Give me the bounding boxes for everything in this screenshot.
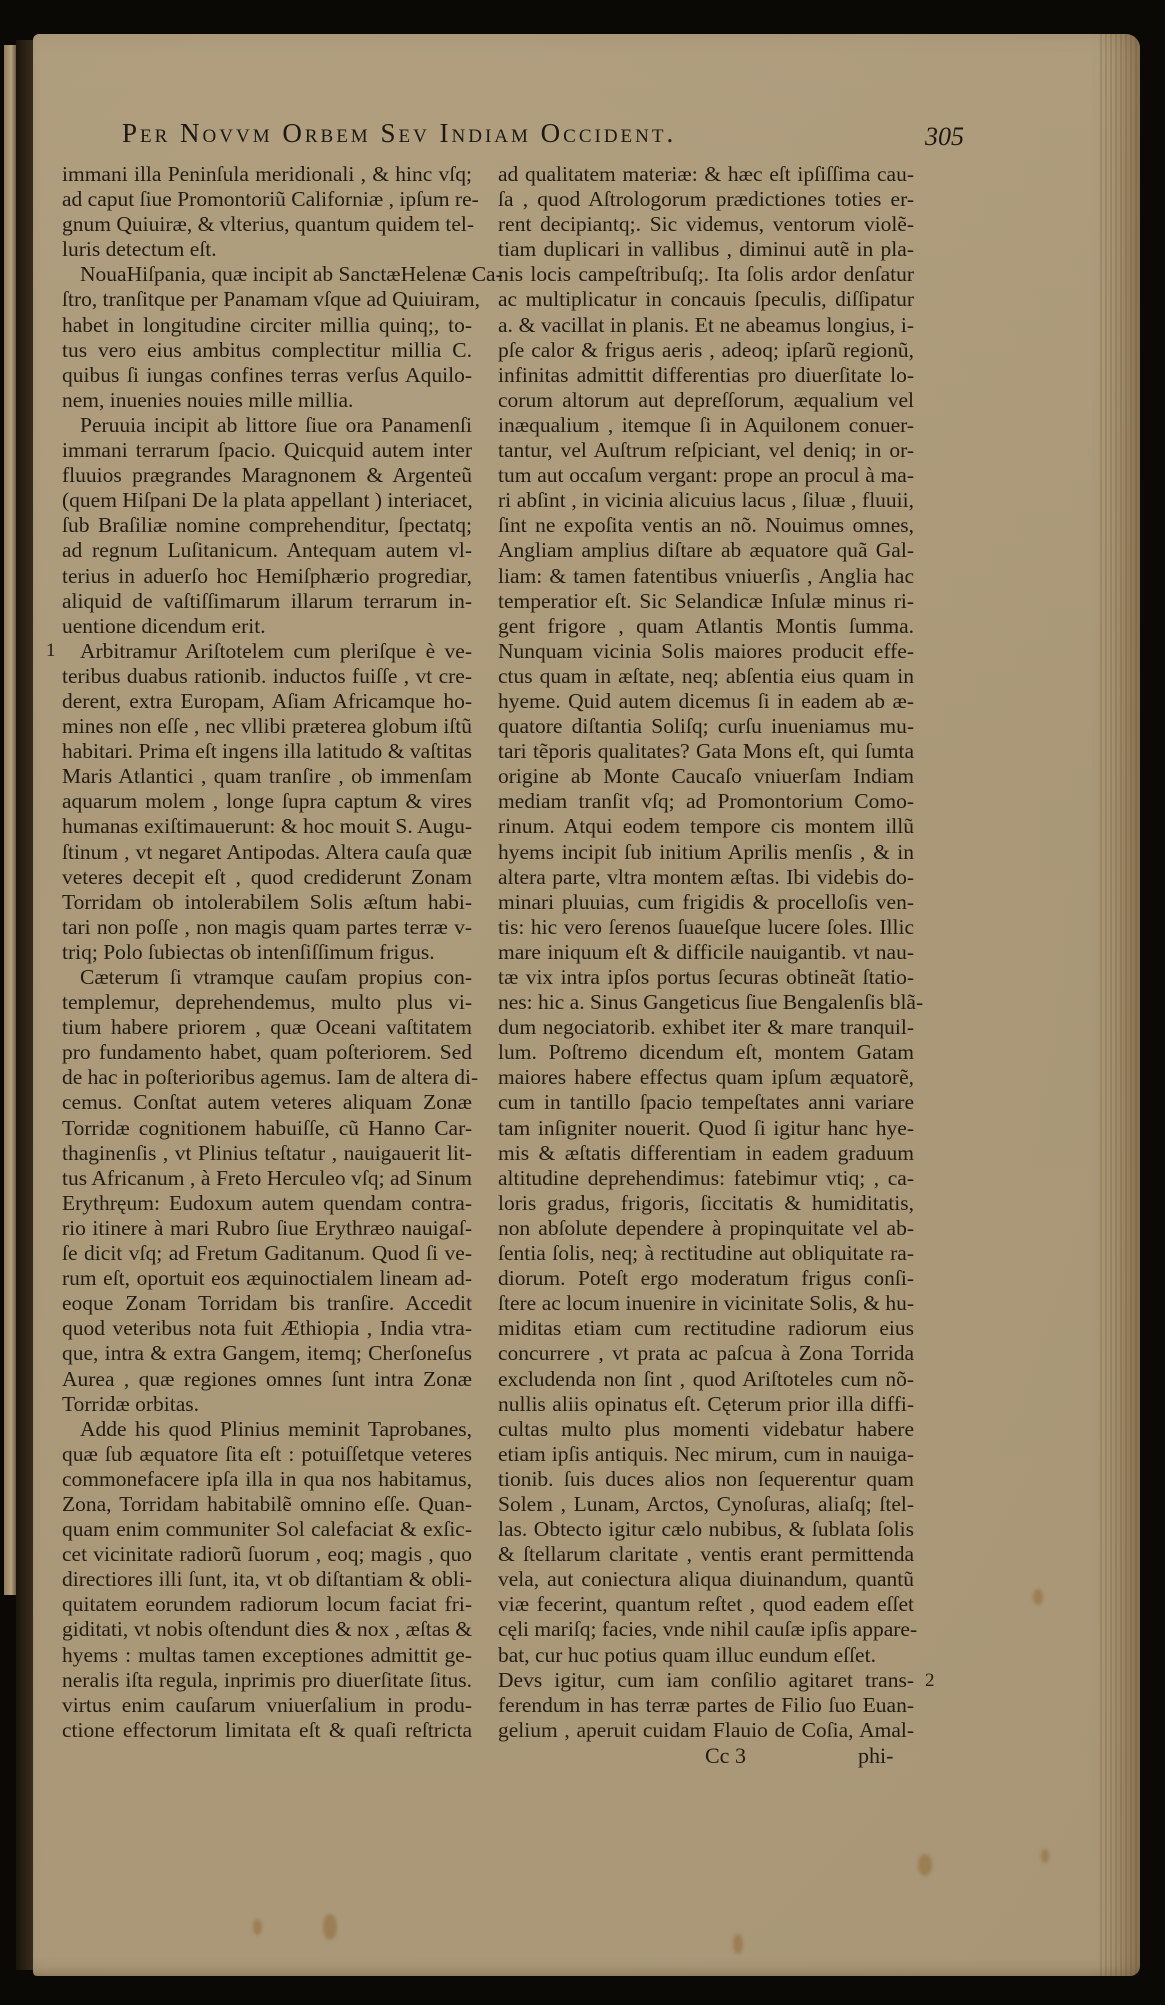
text-line: ad regnum Luſitanicum. Antequam autem vl… [62, 538, 472, 563]
text-line: ſe dicit vſq; ad Fretum Gaditanum. Quod … [62, 1241, 472, 1266]
text-line: minari pluuias, cum frigidis & procelloſ… [498, 890, 914, 915]
text-line: gnum Quiuiræ, & vlterius, quantum quidem… [62, 212, 472, 237]
text-line: gelium , aperuit cuidam Flauio de Coſia,… [498, 1718, 914, 1743]
text-line: Devs igitur, cum iam conſilio agitaret t… [498, 1668, 914, 1693]
text-line: tis: hic vero ſerenos ſuaueſque lucere ſ… [498, 915, 914, 940]
text-line: cet vicinitate radiorũ ſuorum , eoq; mag… [62, 1542, 472, 1567]
text-line: tus vero eius ambitus complectitur milli… [62, 338, 472, 363]
text-line: commonefacere ipſa illa in qua nos habit… [62, 1467, 472, 1492]
text-line: habitari. Prima eſt ingens illa latitudo… [62, 739, 472, 764]
text-line: nis locis campeſtribuſq;. Ita ſolis ardo… [498, 262, 914, 287]
text-line: tiam duplicari in vallibus , diminui aut… [498, 237, 914, 262]
text-line: habet in longitudine circiter millia qui… [62, 313, 472, 338]
text-line: altitudine deprehendimus: fatebimur vtiq… [498, 1166, 914, 1191]
text-line: uentione dicendum erit. [62, 614, 472, 639]
text-line: humanas exiſtimauerunt: & hoc mouit S. A… [62, 814, 472, 839]
text-line: teribus duabus rationib. inductos fuiſſe… [62, 664, 472, 689]
text-line: tari tẽporis qualitates? Gata Mons eſt, … [498, 739, 914, 764]
text-line: ſub Braſiliæ nomine comprehenditur, ſpec… [62, 513, 472, 538]
text-line: corum altorum aut depreſſorum, æqualium … [498, 388, 914, 413]
text-line: tantur, vel Auſtrum reſpiciant, vel deni… [498, 438, 914, 463]
text-line: aquarum molem , longe ſupra captum & vir… [62, 789, 472, 814]
marginal-note-2: 2 [925, 1670, 935, 1692]
catchword: phi- [858, 1743, 893, 1769]
text-line: giditati, vt nobis oſtendunt dies & nox … [62, 1617, 472, 1642]
page-fore-edge [1100, 34, 1140, 1976]
text-line: mare iniquum eſt & difficile nauigantib.… [498, 940, 914, 965]
text-line: tam inſigniter nouerit. Quod ſi igitur h… [498, 1116, 914, 1141]
text-line: directiores illi ſunt, ita, vt ob diſtan… [62, 1567, 472, 1592]
running-head: Per Novvm Orbem Sev Indiam Occident. [122, 118, 922, 149]
text-line: ctione effectorum limitata eſt & quaſi r… [62, 1718, 472, 1743]
text-line: aliquid de vaſtiſſimarum illarum terraru… [62, 589, 472, 614]
text-line: tari non poſſe , non magis quam partes t… [62, 915, 472, 940]
foxing-stain [1041, 1849, 1049, 1863]
text-line: Arbitramur Ariſtotelem cum pleriſque è v… [62, 639, 472, 664]
text-line: Solem , Lunam, Arctos, Cynoſuras, aliaſq… [498, 1492, 914, 1517]
right-text-column: ad qualitatem materiæ: & hæc eſt ipſiſſi… [498, 162, 914, 1743]
text-line: nem, inuenies nouies mille millia. [62, 388, 472, 413]
text-line: terius in aduerſo hoc Hemiſphærio progre… [62, 564, 472, 589]
text-line: Erythręum: Eudoxum autem quendam contra- [62, 1191, 472, 1216]
text-line: ſtro, tranſitque per Panamam vſque ad Qu… [62, 287, 472, 312]
text-line: triq; Polo ſubiectas ob intenſiſſimum fr… [62, 940, 472, 965]
text-line: Nunquam vicinia Solis maiores producit e… [498, 639, 914, 664]
text-line: thaginenſis , vt Plinius teſtatur , naui… [62, 1141, 472, 1166]
text-line: excludenda non ſint , quod Ariſtoteles c… [498, 1367, 914, 1392]
page-number: 305 [925, 122, 964, 152]
text-line: ctus quam in æſtate, neq; abſentia eius … [498, 664, 914, 689]
text-line: mines non eſſe , nec vllibi præterea glo… [62, 714, 472, 739]
text-line: ri abſint , in vicinia alicuius lacus , … [498, 488, 914, 513]
text-line: ſtere ac locum inuenire in vicinitate So… [498, 1291, 914, 1316]
text-line: mediam tranſit vſq; ad Promontorium Como… [498, 789, 914, 814]
text-line: que, intra & extra Gangem, itemq; Cherſo… [62, 1341, 472, 1366]
text-line: loris gradus, frigoris, ſiccitatis & hum… [498, 1191, 914, 1216]
text-line: nes: hic a. Sinus Gangeticus ſiue Bengal… [498, 990, 914, 1015]
text-line: origine ab Monte Caucaſo vniuerſam India… [498, 764, 914, 789]
foxing-stain [918, 1854, 932, 1876]
text-line: mis & æſtatis differentiam in eadem grad… [498, 1141, 914, 1166]
text-line: NouaHiſpania, quæ incipit ab SanctæHelen… [62, 262, 472, 287]
text-line: maiores habere effectus quam ipſum æquat… [498, 1065, 914, 1090]
text-line: tium habere priorem , quæ Oceani vaſtita… [62, 1015, 472, 1040]
text-line: hyems incipit ſub initium Aprilis menſis… [498, 840, 914, 865]
text-line: eoque Zonam Torridam bis tranſire. Acced… [62, 1291, 472, 1316]
text-line: hyems : multas tamen exceptiones admitti… [62, 1643, 472, 1668]
text-line: cum in tantillo ſpacio tempeſtates anni … [498, 1090, 914, 1115]
text-line: a. & vacillat in planis. Et ne abeamus l… [498, 313, 914, 338]
text-line: viæ fecerint, quantum reſtet , quod eade… [498, 1592, 914, 1617]
text-line: fluuios prægrandes Maragnonem & Argenteũ [62, 463, 472, 488]
text-line: bat, cur huc potius quam illuc eundum eſ… [498, 1643, 914, 1668]
text-line: ferendum in has terræ partes de Filio ſu… [498, 1693, 914, 1718]
text-line: Torridæ cognitionem habuiſſe, cũ Hanno C… [62, 1116, 472, 1141]
foxing-stain [253, 1919, 262, 1935]
text-line: miditas etiam cum rectitudine radiorum e… [498, 1316, 914, 1341]
text-line: pro fundamento habet, quam poſteriorem. … [62, 1040, 472, 1065]
text-line: las. Obtecto igitur cælo nubibus, & ſubl… [498, 1517, 914, 1542]
text-line: cultas multo plus momenti videbatur habe… [498, 1417, 914, 1442]
text-line: ad caput ſiue Promontoriũ Californiæ , i… [62, 187, 472, 212]
text-line: tum aut occaſum vergant: prope an procul… [498, 463, 914, 488]
text-line: immani illa Peninſula meridionali , & hi… [62, 162, 472, 187]
text-line: rent decipiantq;. Sic videmus, ventorum … [498, 212, 914, 237]
text-line: virtus enim cauſarum vniuerſalium in pro… [62, 1693, 472, 1718]
text-line: Maris Atlantici , quam tranſire , ob imm… [62, 764, 472, 789]
text-line: nullis aliis opinatus eſt. Cęterum prior… [498, 1392, 914, 1417]
text-line: concurrere , vt prata ac paſcua à Zona T… [498, 1341, 914, 1366]
text-line: inæqualium , itemque ſi in Aquilonem con… [498, 413, 914, 438]
signature-mark: Cc 3 [705, 1743, 746, 1769]
text-line: de hac in poſterioribus agemus. Iam de a… [62, 1065, 472, 1090]
text-line: Angliam amplius diſtare ab æquatore quã … [498, 538, 914, 563]
text-line: Torridæ orbitas. [62, 1392, 472, 1417]
text-line: lum. Poſtremo dicendum eſt, montem Gatam [498, 1040, 914, 1065]
text-line: tæ vix intra ipſos portus ſecuras obtine… [498, 965, 914, 990]
foxing-stain [1033, 1589, 1043, 1605]
foxing-stain [323, 1914, 337, 1940]
text-line: tionib. ſuis duces alios non ſequerentur… [498, 1467, 914, 1492]
text-line: cęli mariſq; facies, vnde nihil cauſæ ip… [498, 1617, 914, 1642]
text-line: Cæterum ſi vtramque cauſam propius con- [62, 965, 472, 990]
text-line: hyeme. Quid autem dicemus ſi in eadem ab… [498, 689, 914, 714]
text-line: immani terrarum ſpacio. Quicquid autem i… [62, 438, 472, 463]
text-line: & ſtellarum claritate , ventis erant per… [498, 1542, 914, 1567]
text-line: quibus ſi iungas confines terras verſus … [62, 363, 472, 388]
text-line: liam: & tamen fatentibus vniuerſis , Ang… [498, 564, 914, 589]
text-line: derent, extra Europam, Aſiam Africamque … [62, 689, 472, 714]
text-line: ſentia ſolis, neq; à rectitudine aut obl… [498, 1241, 914, 1266]
text-line: ad qualitatem materiæ: & hæc eſt ipſiſſi… [498, 162, 914, 187]
text-line: altera parte, vltra montem æſtas. Ibi vi… [498, 865, 914, 890]
text-line: infinitas admittit differentias pro diue… [498, 363, 914, 388]
text-line: Zona, Torridam habitabilẽ omnino eſſe. Q… [62, 1492, 472, 1517]
text-line: quatore diſtantia Soliſq; curſu inueniam… [498, 714, 914, 739]
text-line: Aurea , quæ regiones omnes ſunt intra Zo… [62, 1367, 472, 1392]
text-line: (quem Hiſpani De la plata appellant ) in… [62, 488, 472, 513]
text-line: veteres decepit eſt , quod crediderunt Z… [62, 865, 472, 890]
text-line: gent frigore , quam Atlantis Montis ſumm… [498, 614, 914, 639]
foxing-stain [733, 1934, 743, 1954]
text-line: temperatior eſt. Sic Selandicæ Inſulæ mi… [498, 589, 914, 614]
text-line: quitatem eorundem radiorum locum faciat … [62, 1592, 472, 1617]
text-line: quæ ſub æquatore ſita eſt : potuiſſetque… [62, 1442, 472, 1467]
marginal-note-1: 1 [46, 640, 56, 662]
text-line: neralis iſta regula, inprimis pro diuerſ… [62, 1668, 472, 1693]
text-line: luris detectum eſt. [62, 237, 472, 262]
text-line: Adde his quod Plinius meminit Taprobanes… [62, 1417, 472, 1442]
text-line: cemus. Conſtat autem veteres aliquam Zon… [62, 1090, 472, 1115]
text-line: pſe calor & frigus aeris , adeoq; ipſarũ… [498, 338, 914, 363]
text-line: rio itinere à mari Rubro ſiue Erythræo n… [62, 1216, 472, 1241]
text-line: rum eſt, oportuit eos æquinoctialem line… [62, 1266, 472, 1291]
text-line: vela, aut coniectura aliqua diuinandum, … [498, 1567, 914, 1592]
text-line: tus Africanum , à Freto Herculeo vſq; ad… [62, 1166, 472, 1191]
text-line: Torridam ob intolerabilem Solis æſtum ha… [62, 890, 472, 915]
text-line: diorum. Poteſt ergo moderatum frigus con… [498, 1266, 914, 1291]
text-line: dum negociatorib. exhibet iter & mare tr… [498, 1015, 914, 1040]
text-line: templemur, deprehendemus, multo plus vi- [62, 990, 472, 1015]
text-line: etiam ipſis antiquis. Nec mirum, cum in … [498, 1442, 914, 1467]
previous-page-edge [4, 45, 16, 1595]
text-line: quam enim communiter Sol calefaciat & ex… [62, 1517, 472, 1542]
text-line: ſa , quod Aſtrologorum prædictiones toti… [498, 187, 914, 212]
text-line: ſint ne expoſita ventis an nõ. Nouimus o… [498, 513, 914, 538]
text-line: Peruuia incipit ab littore ſiue ora Pana… [62, 413, 472, 438]
text-line: rinum. Atqui eodem tempore cis montem il… [498, 814, 914, 839]
text-line: ac multiplicatur in concauis ſpeculis, d… [498, 287, 914, 312]
text-line: quod veteribus nota fuit Æthiopia , Indi… [62, 1316, 472, 1341]
text-line: non abſolute dependere à propinquitate v… [498, 1216, 914, 1241]
left-text-column: immani illa Peninſula meridionali , & hi… [62, 162, 472, 1743]
text-line: ſtinum , vt negaret Antipodas. Altera ca… [62, 840, 472, 865]
